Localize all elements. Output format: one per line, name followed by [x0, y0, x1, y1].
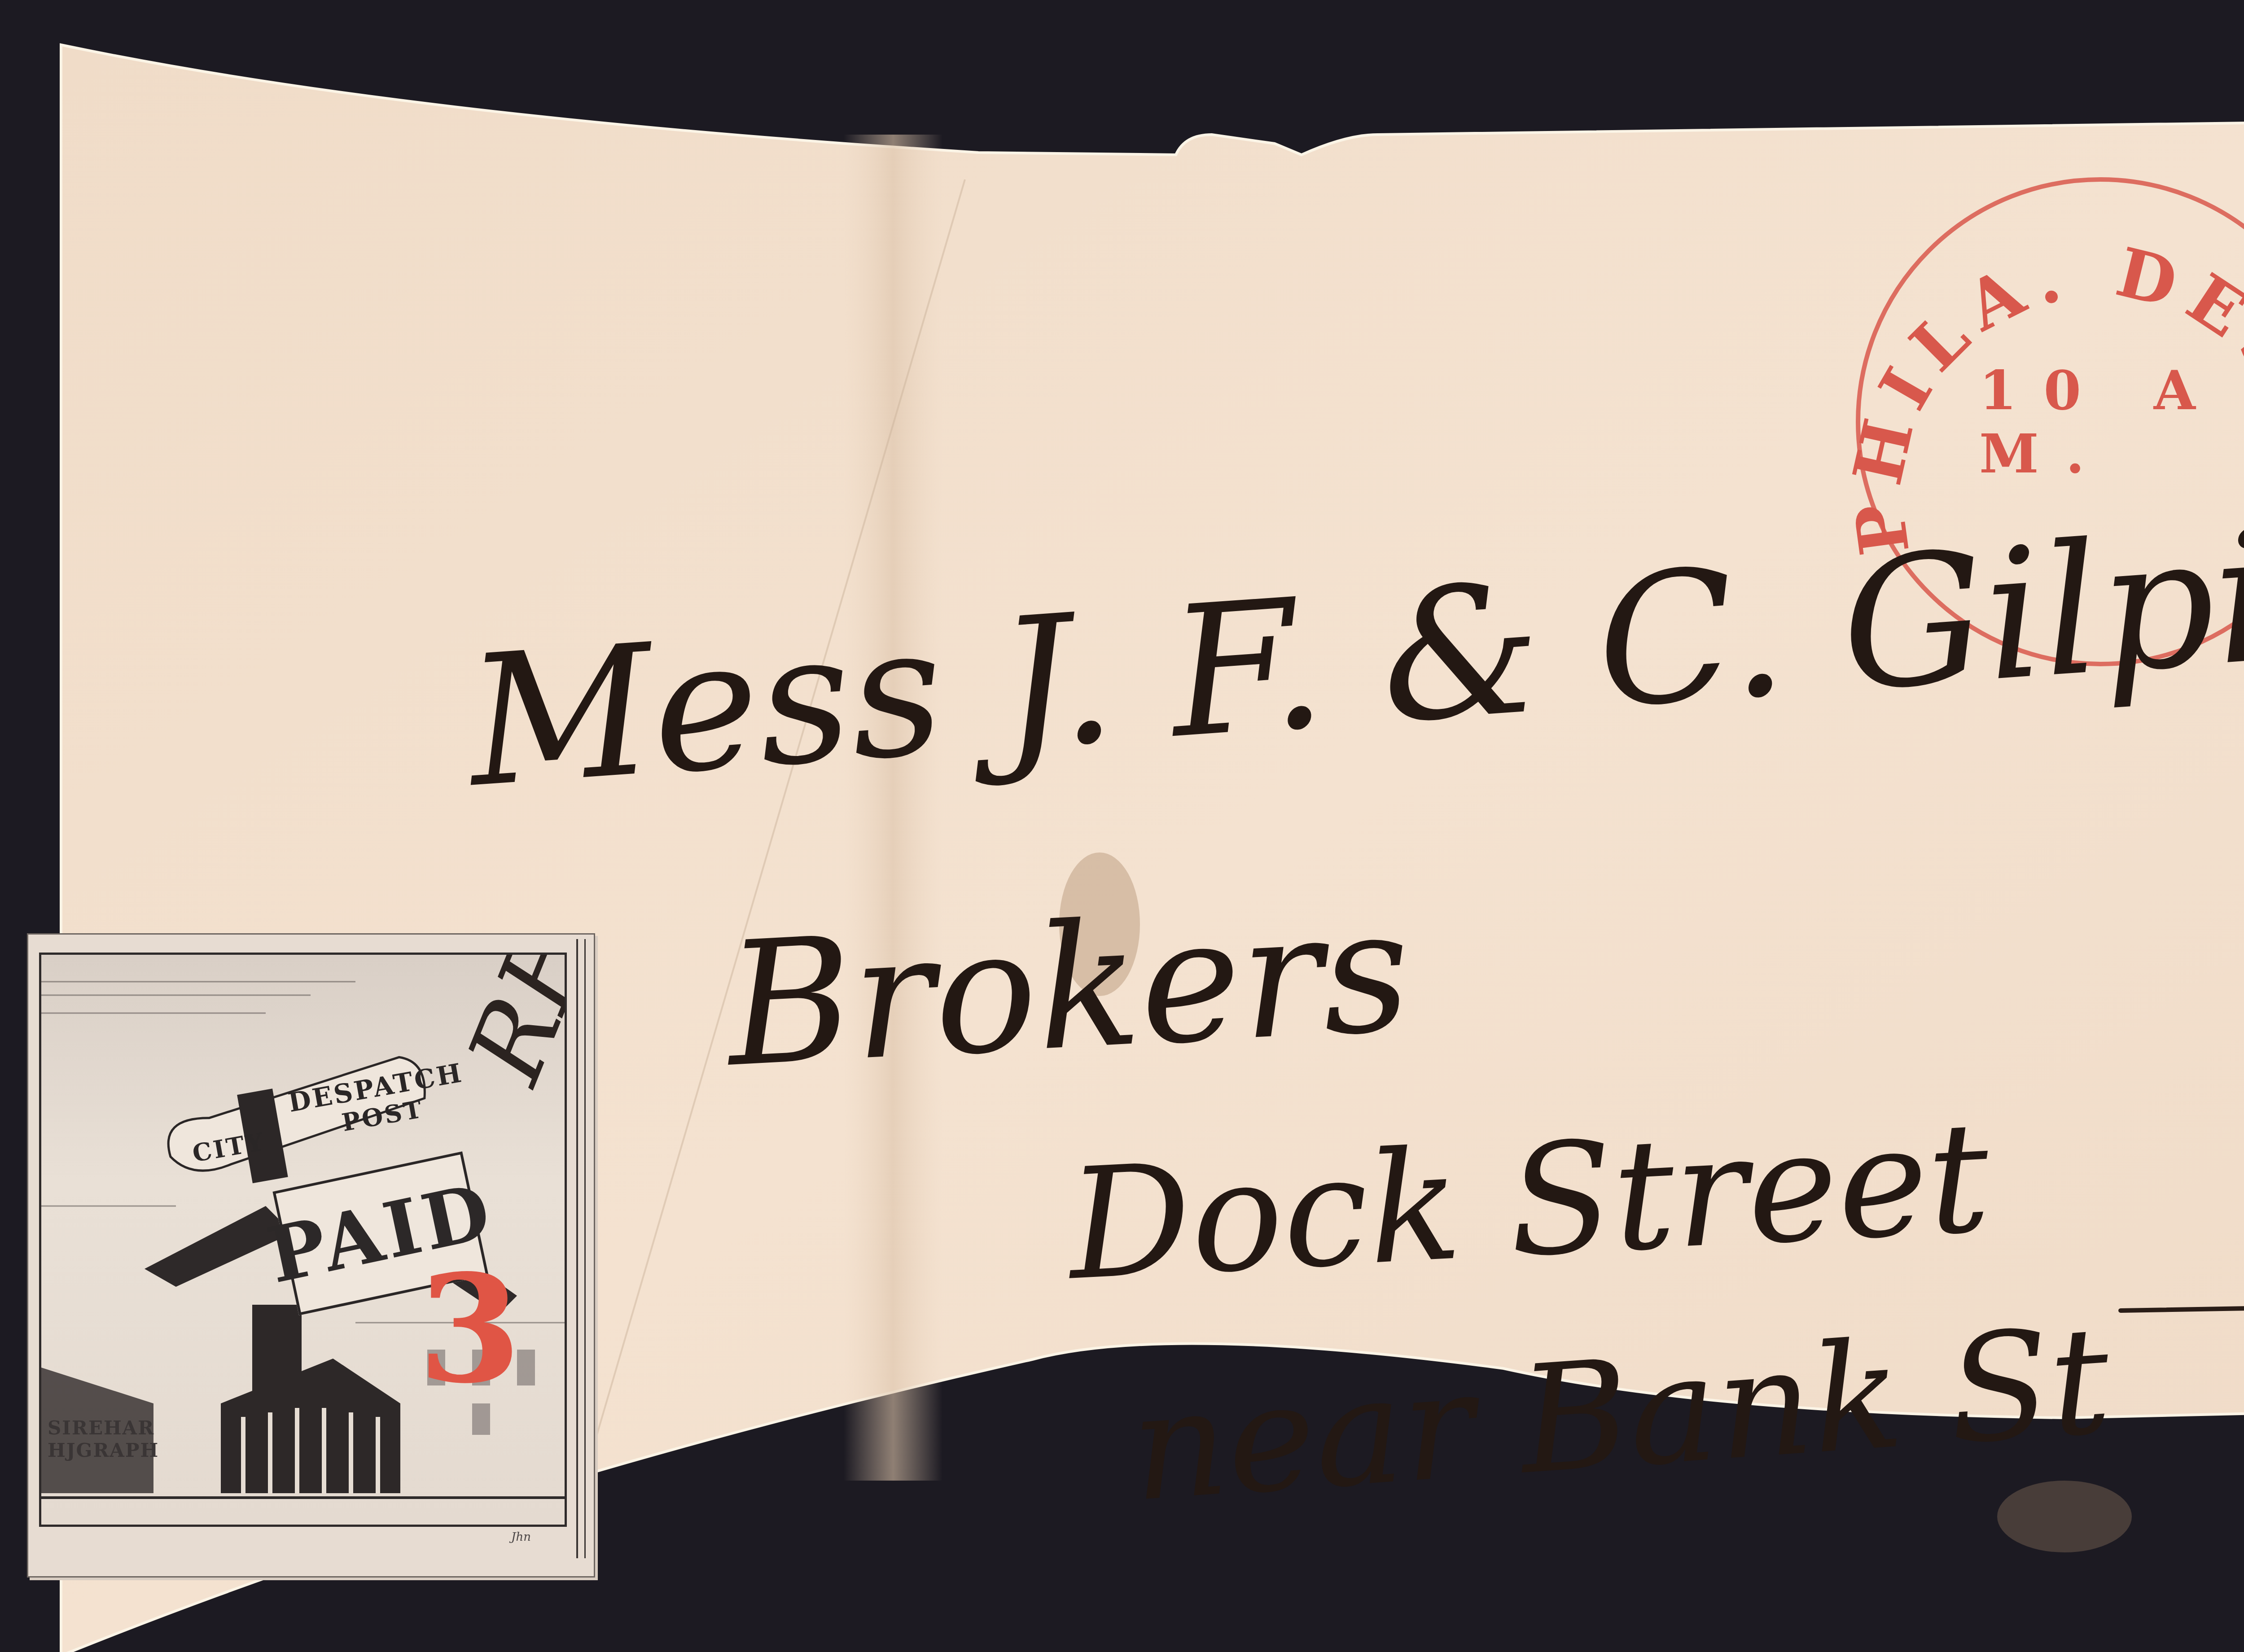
stamp-frame-rule — [576, 939, 586, 1558]
rate-numeral: 3 — [418, 1242, 522, 1416]
address-occupation: Brokers — [722, 870, 1415, 1105]
city-despatch-post-stamp: DESPATCH CITY POST PAID 3 RH Co SIREHAR … — [27, 933, 595, 1578]
postmark-time: 10 A M. — [1979, 359, 2244, 485]
building-caption-2: HJGRAPH — [48, 1439, 159, 1461]
stamp-design: DESPATCH CITY POST PAID 3 RH Co SIREHAR … — [39, 953, 567, 1527]
building-caption-1: SIREHAR — [48, 1417, 154, 1439]
postal-cover: PHILA. DESPATCH POST. 10 A M. Mess J. F.… — [0, 0, 2244, 1652]
engraver-mark: Jhn — [511, 1530, 531, 1544]
